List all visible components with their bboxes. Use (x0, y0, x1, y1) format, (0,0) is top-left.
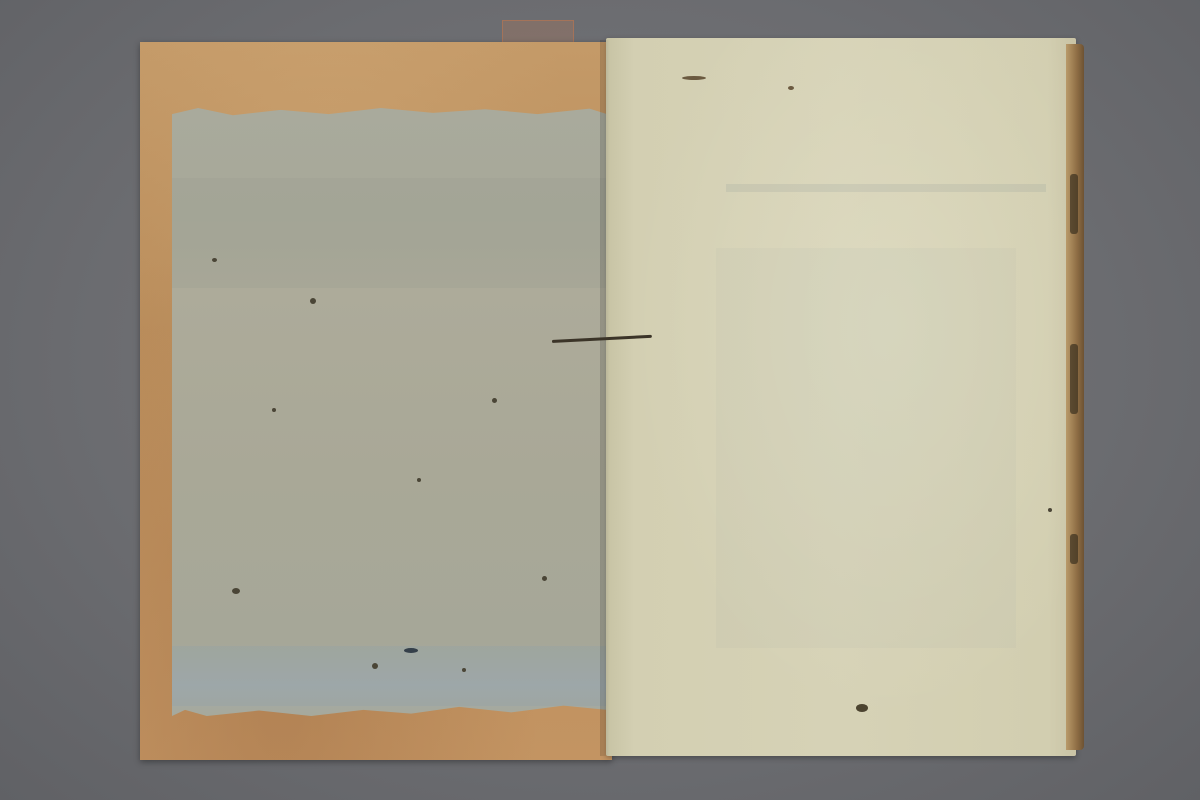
speck (310, 298, 316, 304)
speck (212, 258, 217, 262)
show-through-line (726, 184, 1046, 192)
speck (542, 576, 547, 581)
edge-stain (1070, 534, 1078, 564)
speck (404, 648, 418, 653)
paper-band (172, 178, 607, 288)
speck (1048, 508, 1052, 512)
speck (372, 663, 378, 669)
speck (232, 588, 240, 594)
speck (492, 398, 497, 403)
page-block-edge (1066, 44, 1084, 750)
paper-blue-band (172, 646, 607, 706)
pastedown-paper (172, 108, 607, 716)
fiber-mark (682, 76, 706, 80)
inside-front-cover (140, 42, 612, 760)
edge-stain (1070, 174, 1078, 234)
ink-mark (856, 704, 868, 712)
gutter-shadow (600, 40, 610, 756)
speck (462, 668, 466, 672)
speck (417, 478, 421, 482)
blank-page (606, 38, 1076, 756)
fiber-mark (788, 86, 794, 90)
show-through-area (716, 248, 1016, 648)
edge-stain (1070, 344, 1078, 414)
speck (272, 408, 276, 412)
